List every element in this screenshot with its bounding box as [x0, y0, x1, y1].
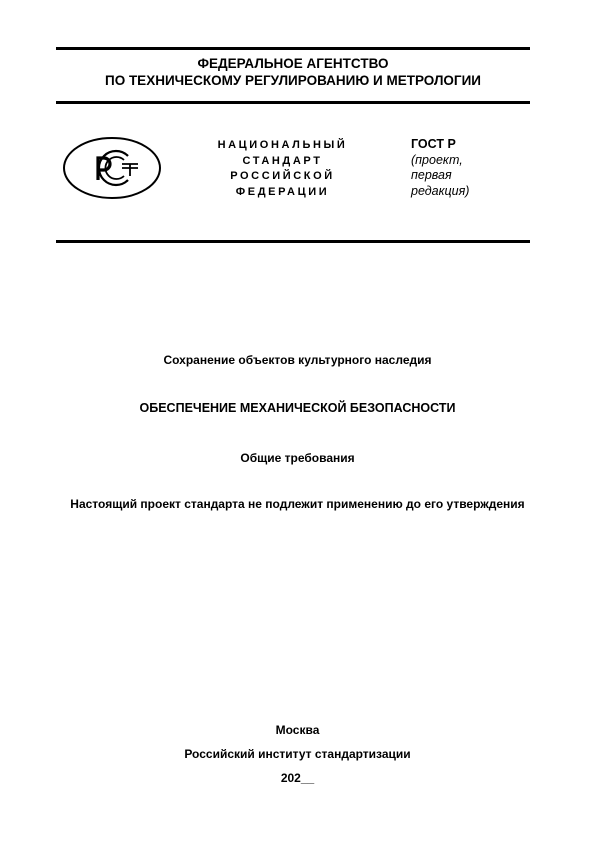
agency-name: ФЕДЕРАЛЬНОЕ АГЕНТСТВО ПО ТЕХНИЧЕСКОМУ РЕ… — [56, 55, 530, 89]
document-subject: Сохранение объектов культурного наследия — [0, 353, 595, 367]
national-standard-line-3: РОССИЙСКОЙ — [205, 169, 360, 185]
publisher: Российский институт стандартизации — [0, 747, 595, 761]
gost-code: ГОСТ Р — [411, 137, 469, 153]
gost-note-line-2: первая — [411, 168, 469, 184]
document-subtitle: Общие требования — [0, 451, 595, 465]
gost-note-line-3: редакция) — [411, 184, 469, 200]
pct-certification-logo-icon — [62, 136, 162, 200]
publication-year: 202__ — [0, 771, 595, 785]
section-rule — [56, 240, 530, 243]
national-standard-line-4: ФЕДЕРАЦИИ — [205, 185, 360, 201]
national-standard-line-2: СТАНДАРТ — [205, 154, 360, 170]
gost-designation: ГОСТ Р (проект, первая редакция) — [411, 137, 469, 199]
agency-line-1: ФЕДЕРАЛЬНОЕ АГЕНТСТВО — [56, 55, 530, 72]
top-rule — [56, 47, 530, 50]
draft-disclaimer: Настоящий проект стандарта не подлежит п… — [0, 497, 595, 511]
national-standard-line-1: НАЦИОНАЛЬНЫЙ — [205, 138, 360, 154]
header-bottom-rule — [56, 101, 530, 104]
publication-city: Москва — [0, 723, 595, 737]
national-standard-label: НАЦИОНАЛЬНЫЙ СТАНДАРТ РОССИЙСКОЙ ФЕДЕРАЦ… — [205, 138, 360, 200]
agency-line-2: ПО ТЕХНИЧЕСКОМУ РЕГУЛИРОВАНИЮ И МЕТРОЛОГ… — [56, 72, 530, 89]
gost-note-line-1: (проект, — [411, 153, 469, 169]
document-title: ОБЕСПЕЧЕНИЕ МЕХАНИЧЕСКОЙ БЕЗОПАСНОСТИ — [0, 401, 595, 415]
